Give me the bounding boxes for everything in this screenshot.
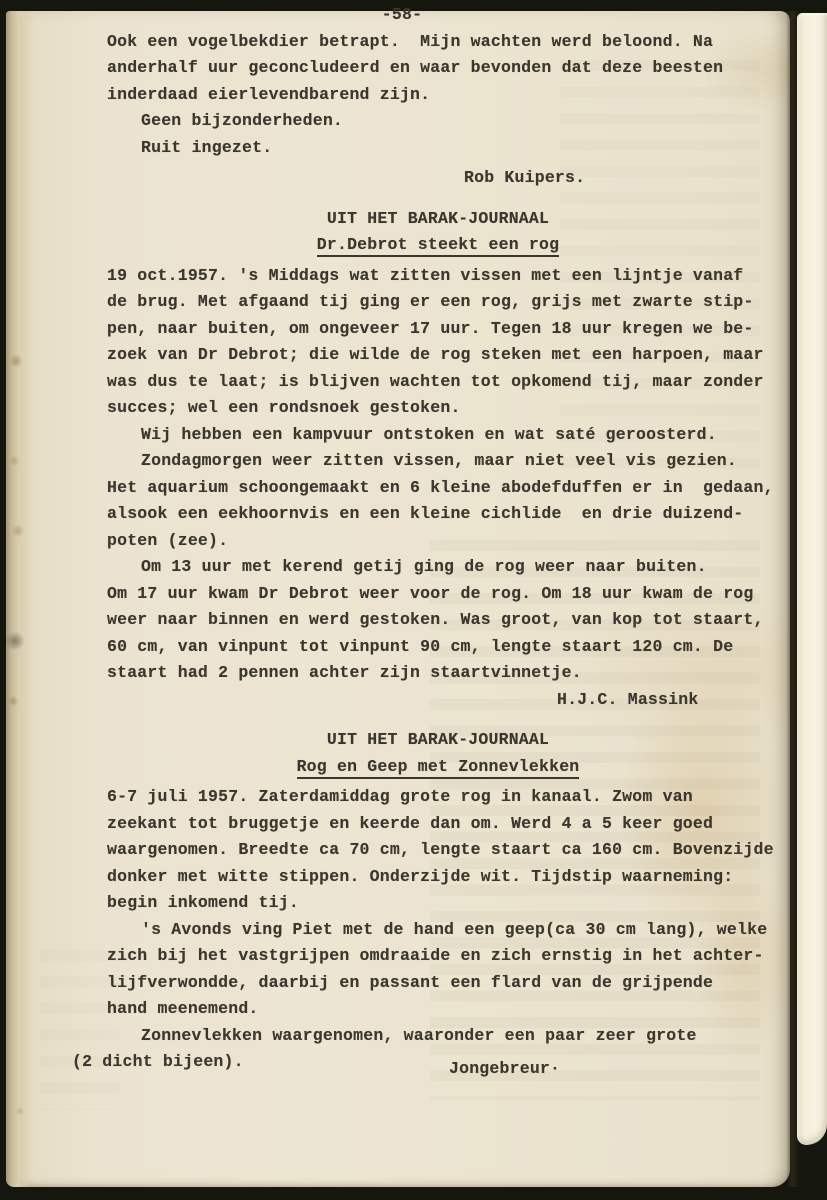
text-line: inderdaad eierlevendbarend zijn. — [107, 82, 769, 109]
text-line: Geen bijzonderheden. — [107, 108, 769, 135]
text-line: pen, naar buiten, om ongeveer 17 uur. Te… — [107, 316, 769, 343]
text-line: hand meenemend. — [107, 996, 769, 1023]
text-line: Ruit ingezet. — [107, 135, 769, 162]
text-line: zich bij het vastgrijpen omdraaide en zi… — [107, 943, 769, 970]
page-text: -58-Ook een vogelbekdier betrapt. Mijn w… — [107, 2, 769, 1076]
text-line: Ook een vogelbekdier betrapt. Mijn wacht… — [107, 29, 769, 56]
scanned-document: -58-Ook een vogelbekdier betrapt. Mijn w… — [0, 0, 827, 1200]
text-line: 60 cm, van vinpunt tot vinpunt 90 cm, le… — [107, 634, 769, 661]
text-line: Zondagmorgen weer zitten vissen, maar ni… — [107, 448, 769, 475]
signature: Rob Kuipers. — [107, 165, 769, 192]
page-number: -58- — [71, 2, 733, 29]
section-heading: UIT HET BARAK-JOURNAAL — [107, 206, 769, 233]
text-line: Om 17 uur kwam Dr Debrot weer voor de ro… — [107, 581, 769, 608]
text-line: alsook een eekhoornvis en een kleine cic… — [107, 501, 769, 528]
text-line: de brug. Met afgaand tij ging er een rog… — [107, 289, 769, 316]
signature: Jongebreur· — [449, 1056, 560, 1083]
signature: H.J.C. Massink — [107, 687, 769, 714]
text-line: Zonnevlekken waargenomen, waaronder een … — [107, 1023, 769, 1050]
text-line: donker met witte stippen. Onderzijde wit… — [107, 864, 769, 891]
text-line: 6-7 juli 1957. Zaterdamiddag grote rog i… — [107, 784, 769, 811]
section-heading: Dr.Debrot steekt een rog — [107, 232, 769, 259]
text-line: (2 dicht bijeen).Jongebreur· — [107, 1049, 769, 1076]
text-line: weer naar binnen en werd gestoken. Was g… — [107, 607, 769, 634]
next-page-edge — [797, 13, 827, 1145]
text-line: staart had 2 pennen achter zijn staartvi… — [107, 660, 769, 687]
text-line: succes; wel een rondsnoek gestoken. — [107, 395, 769, 422]
text-line: lijfverwondde, daarbij en passant een fl… — [107, 970, 769, 997]
text-line: 's Avonds ving Piet met de hand een geep… — [107, 917, 769, 944]
text-line: Het aquarium schoongemaakt en 6 kleine a… — [107, 475, 769, 502]
book-binding-edge — [6, 11, 32, 1187]
text-line: poten (zee). — [107, 528, 769, 555]
text-line: anderhalf uur geconcludeerd en waar bevo… — [107, 55, 769, 82]
text-line: begin inkomend tij. — [107, 890, 769, 917]
text-line: zoek van Dr Debrot; die wilde de rog ste… — [107, 342, 769, 369]
section-heading: Rog en Geep met Zonnevlekken — [107, 754, 769, 781]
text-line: Wij hebben een kampvuur ontstoken en wat… — [107, 422, 769, 449]
text-line: zeekant tot bruggetje en keerde dan om. … — [107, 811, 769, 838]
text-line: Om 13 uur met kerend getij ging de rog w… — [107, 554, 769, 581]
text-line: was dus te laat; is blijven wachten tot … — [107, 369, 769, 396]
text-line: 19 oct.1957. 's Middags wat zitten visse… — [107, 263, 769, 290]
section-heading: UIT HET BARAK-JOURNAAL — [107, 727, 769, 754]
text-line: waargenomen. Breedte ca 70 cm, lengte st… — [107, 837, 769, 864]
